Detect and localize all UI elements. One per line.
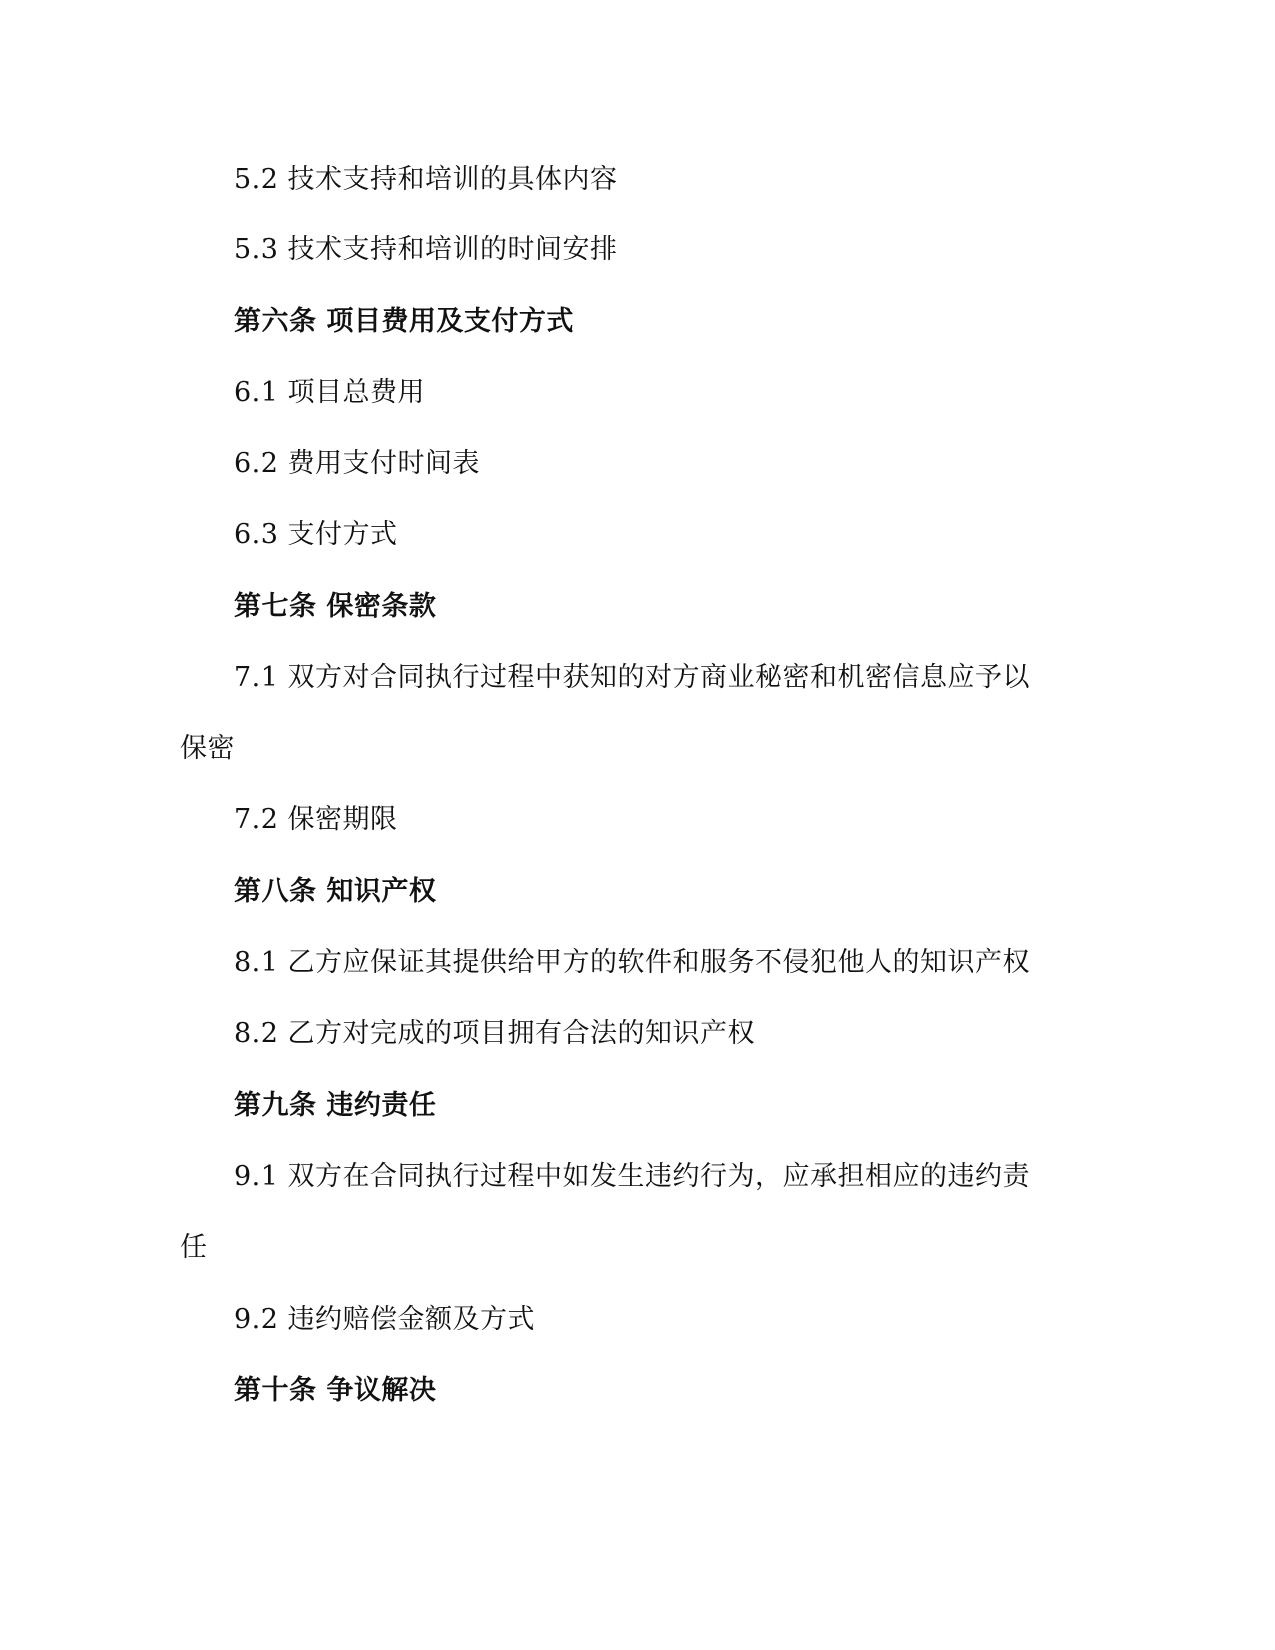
clause-8-1: 8.1 乙方应保证其提供给甲方的软件和服务不侵犯他人的知识产权 (234, 945, 1030, 981)
clause-5-3: 5.3 技术支持和培训的时间安排 (234, 232, 618, 268)
clause-5-2: 5.2 技术支持和培训的具体内容 (234, 162, 618, 198)
article-10-heading: 第十条 争议解决 (234, 1373, 436, 1409)
article-6-heading: 第六条 项目费用及支付方式 (234, 304, 574, 340)
clause-6-2: 6.2 费用支付时间表 (234, 446, 480, 482)
clause-7-2: 7.2 保密期限 (234, 802, 398, 838)
clause-8-2: 8.2 乙方对完成的项目拥有合法的知识产权 (234, 1016, 755, 1052)
clause-9-2: 9.2 违约赔偿金额及方式 (234, 1302, 535, 1338)
clause-7-1-continuation: 保密 (180, 731, 235, 767)
clause-7-1: 7.1 双方对合同执行过程中获知的对方商业秘密和机密信息应予以 (234, 660, 1030, 696)
clause-9-1-continuation: 任 (180, 1230, 208, 1266)
article-9-heading: 第九条 违约责任 (234, 1088, 436, 1124)
clause-6-1: 6.1 项目总费用 (234, 375, 425, 411)
clause-6-3: 6.3 支付方式 (234, 517, 398, 553)
article-7-heading: 第七条 保密条款 (234, 589, 436, 625)
article-8-heading: 第八条 知识产权 (234, 874, 436, 910)
clause-9-1: 9.1 双方在合同执行过程中如发生违约行为，应承担相应的违约责 (234, 1159, 1030, 1195)
